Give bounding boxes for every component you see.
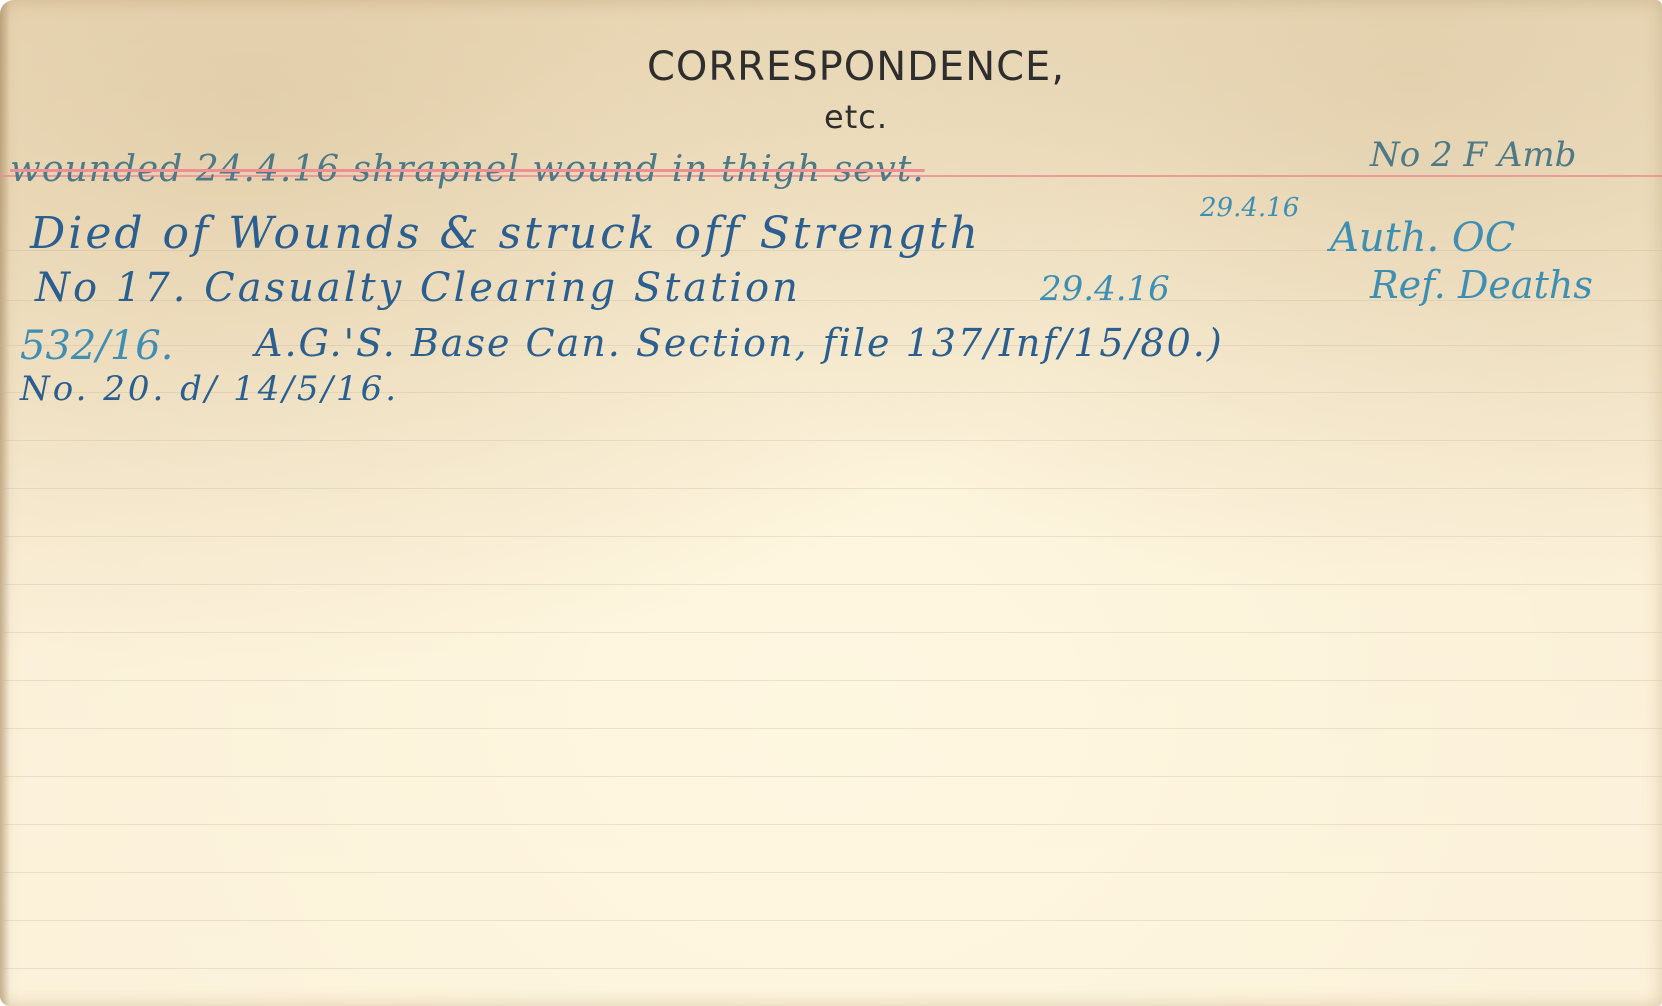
ruled-line xyxy=(0,728,1662,729)
ruled-line xyxy=(0,440,1662,441)
entry-died-of-wounds: Died of Wounds & struck off Strength xyxy=(30,212,981,256)
entry-auth-oc: Auth. OC xyxy=(1330,218,1515,258)
card-heading: CORRESPONDENCE, xyxy=(0,44,1662,90)
ruled-line xyxy=(0,776,1662,777)
entry-ref-date: 29.4.16 xyxy=(1040,272,1170,306)
entry-ref-deaths: Ref. Deaths xyxy=(1370,266,1593,304)
correspondence-card: CORRESPONDENCE, etc. wounded 24.4.16 shr… xyxy=(0,0,1662,1006)
ruled-line xyxy=(0,872,1662,873)
entry-no20-date: No. 20. d/ 14/5/16. xyxy=(20,372,399,406)
entry-field-ambulance-note: No 2 F Amb xyxy=(1370,138,1576,172)
entry-date-superscript: 29.4.16 xyxy=(1200,195,1299,221)
card-subheading: etc. xyxy=(0,98,1662,136)
entry-ref-number: 532/16. xyxy=(20,326,173,366)
ruled-line xyxy=(0,920,1662,921)
ruled-line xyxy=(0,584,1662,585)
card-worn-edge xyxy=(0,0,10,1006)
ruled-line xyxy=(0,968,1662,969)
entry-casualty-clearing-station: No 17. Casualty Clearing Station xyxy=(35,268,801,308)
ruled-line xyxy=(0,488,1662,489)
entry-wounded-struck: wounded 24.4.16 shrapnel wound in thigh … xyxy=(10,152,925,188)
entry-base-section-file: A.G.'S. Base Can. Section, file 137/Inf/… xyxy=(255,324,1224,362)
ruled-line xyxy=(0,680,1662,681)
ruled-line xyxy=(0,536,1662,537)
ruled-line xyxy=(0,632,1662,633)
ruled-line xyxy=(0,824,1662,825)
